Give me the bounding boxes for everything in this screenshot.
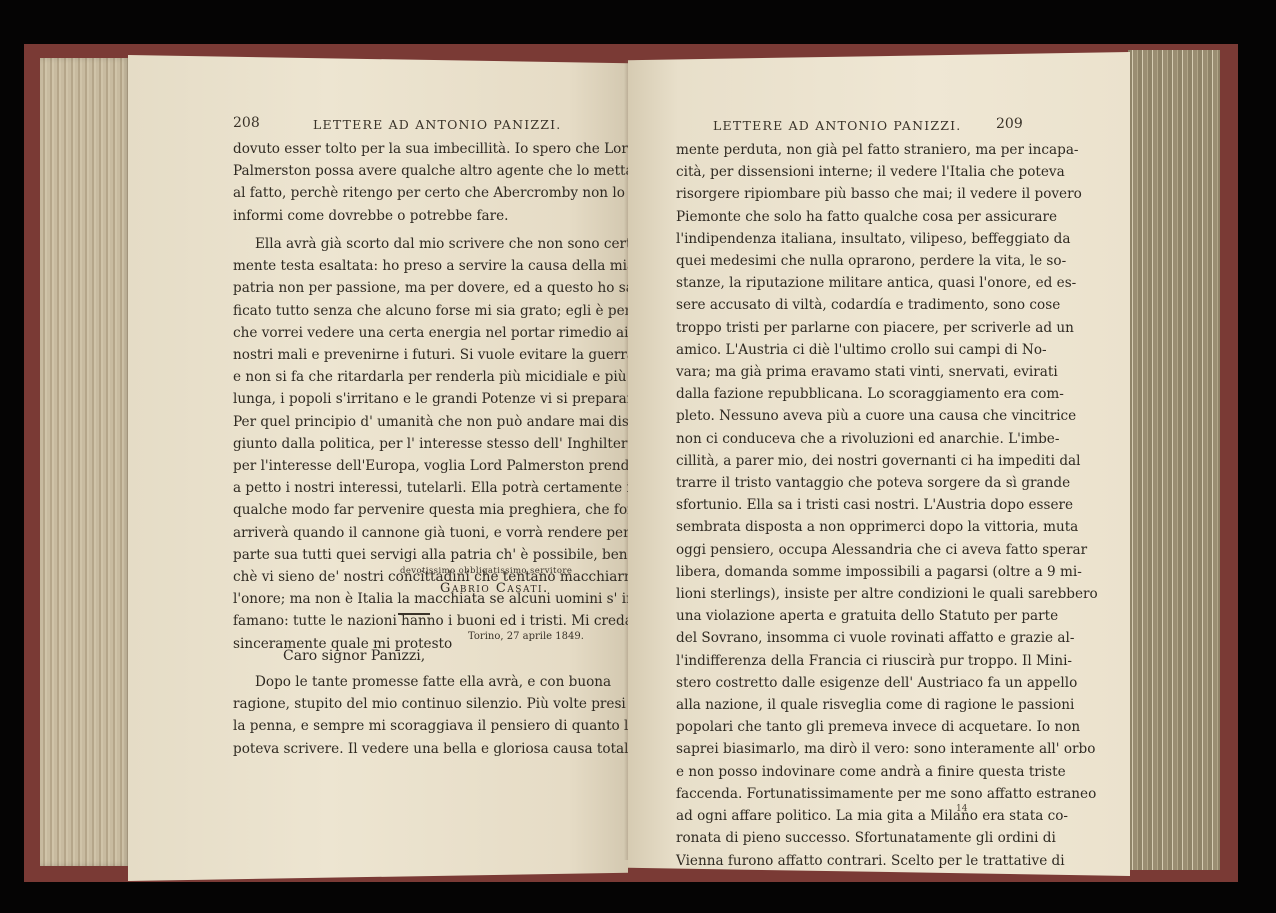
text-line: l'indipendenza italiana, insultato, vili… — [676, 228, 1018, 250]
printer-signature-mark: 14 — [956, 804, 967, 814]
text-line: faccenda. Fortunatissimamente per me son… — [676, 783, 1018, 805]
letter-dateline: Torino, 27 aprile 1849. — [468, 631, 584, 642]
running-head-left: LETTERE AD ANTONIO PANIZZI. — [313, 117, 561, 132]
running-head-right: LETTERE AD ANTONIO PANIZZI. — [713, 118, 961, 133]
text-line: stanze, la riputazione militare antica, … — [676, 272, 1018, 294]
section-divider — [398, 613, 430, 615]
text-line: del Sovrano, insomma ci vuole rovinati a… — [676, 627, 1018, 649]
text-line: dalla fazione repubblicana. Lo scoraggia… — [676, 383, 1018, 405]
letter-closing: devotissimo obbligatissimo servitore — [400, 566, 572, 576]
text-line: quei medesimi che nulla oprarono, perder… — [676, 250, 1018, 272]
page-number-left: 208 — [233, 115, 260, 131]
text-line: mente testa esaltata: ho preso a servire… — [233, 255, 583, 277]
text-line: dovuto esser tolto per la sua imbecillit… — [233, 138, 583, 160]
left-paragraph-3: Dopo le tante promesse fatte ella avrà, … — [233, 671, 588, 760]
text-line: Piemonte che solo ha fatto qualche cosa … — [676, 206, 1018, 228]
text-line: una violazione aperta e gratuita dello S… — [676, 605, 1018, 627]
text-line: arriverà quando il cannone già tuoni, e … — [233, 522, 583, 544]
left-paragraph-1: dovuto esser tolto per la sua imbecillit… — [233, 138, 583, 227]
text-line: troppo tristi per parlarne con piacere, … — [676, 317, 1018, 339]
text-line: giunto dalla politica, per l' interesse … — [233, 433, 583, 455]
text-line: informi come dovrebbe o potrebbe fare. — [233, 205, 583, 227]
text-line: pleto. Nessuno aveva più a cuore una cau… — [676, 405, 1018, 427]
text-line: e non posso indovinare come andrà a fini… — [676, 761, 1018, 783]
text-line: lunga, i popoli s'irritano e le grandi P… — [233, 388, 583, 410]
text-line: trarre il tristo vantaggio che poteva so… — [676, 472, 1018, 494]
text-line: non ci conduceva che a rivoluzioni ed an… — [676, 428, 1018, 450]
letter-signature: Gabrio Casati. — [440, 581, 549, 596]
text-line: la penna, e sempre mi scoraggiava il pen… — [233, 715, 588, 737]
page-number-right: 209 — [996, 116, 1023, 132]
text-line: libera, domanda somme impossibili a paga… — [676, 561, 1018, 583]
text-line: al fatto, perchè ritengo per certo che A… — [233, 182, 583, 204]
text-line: sere accusato di viltà, codardía e tradi… — [676, 294, 1018, 316]
text-line: Ella avrà già scorto dal mio scrivere ch… — [233, 233, 583, 255]
text-line: saprei biasimarlo, ma dirò il vero: sono… — [676, 738, 1018, 760]
text-line: sembrata disposta a non opprimerci dopo … — [676, 516, 1018, 538]
text-line: Palmerston possa avere qualche altro age… — [233, 160, 583, 182]
right-page-stack-edge — [1128, 50, 1220, 870]
text-line: che vorrei vedere una certa energia nel … — [233, 322, 583, 344]
text-line: Per quel principio d' umanità che non pu… — [233, 411, 583, 433]
text-line: poteva scrivere. Il vedere una bella e g… — [233, 738, 588, 760]
text-line: qualche modo far pervenire questa mia pr… — [233, 499, 583, 521]
text-line: popolari che tanto gli premeva invece di… — [676, 716, 1018, 738]
text-line: amico. L'Austria ci diè l'ultimo crollo … — [676, 339, 1018, 361]
text-line: sfortunio. Ella sa i tristi casi nostri.… — [676, 494, 1018, 516]
text-line: alla nazione, il quale risveglia come di… — [676, 694, 1018, 716]
text-line: risorgere ripiombare più basso che mai; … — [676, 183, 1018, 205]
text-line: cità, per dissensioni interne; il vedere… — [676, 161, 1018, 183]
text-line: nostri mali e prevenirne i futuri. Si vu… — [233, 344, 583, 366]
left-page-stack-edge — [40, 58, 130, 866]
text-line: ronata di pieno successo. Sfortunatament… — [676, 827, 1018, 849]
text-line: stero costretto dalle esigenze dell' Aus… — [676, 672, 1018, 694]
text-line: Vienna furono affatto contrari. Scelto p… — [676, 850, 1018, 872]
text-line: Dopo le tante promesse fatte ella avrà, … — [233, 671, 588, 693]
right-body-text: mente perduta, non già pel fatto stranie… — [676, 139, 1018, 872]
text-line: lioni sterlings), insiste per altre cond… — [676, 583, 1018, 605]
text-line: e non si fa che ritardarla per renderla … — [233, 366, 583, 388]
text-line: ragione, stupito del mio continuo silenz… — [233, 693, 588, 715]
text-line: l'indifferenza della Francia ci riuscirà… — [676, 650, 1018, 672]
left-page: 208 LETTERE AD ANTONIO PANIZZI. dovuto e… — [128, 55, 628, 881]
text-line: a petto i nostri interessi, tutelarli. E… — [233, 477, 583, 499]
text-line: patria non per passione, ma per dovere, … — [233, 277, 583, 299]
text-line: oggi pensiero, occupa Alessandria che ci… — [676, 539, 1018, 561]
text-line: ficato tutto senza che alcuno forse mi s… — [233, 300, 583, 322]
text-line: vara; ma già prima eravamo stati vinti, … — [676, 361, 1018, 383]
letter-salutation: Caro signor Panizzi, — [283, 648, 425, 664]
text-line: parte sua tutti quei servigi alla patria… — [233, 544, 583, 566]
right-page: LETTERE AD ANTONIO PANIZZI. 209 mente pe… — [628, 52, 1130, 876]
text-line: mente perduta, non già pel fatto stranie… — [676, 139, 1018, 161]
text-line: cillità, a parer mio, dei nostri governa… — [676, 450, 1018, 472]
text-line: per l'interesse dell'Europa, voglia Lord… — [233, 455, 583, 477]
